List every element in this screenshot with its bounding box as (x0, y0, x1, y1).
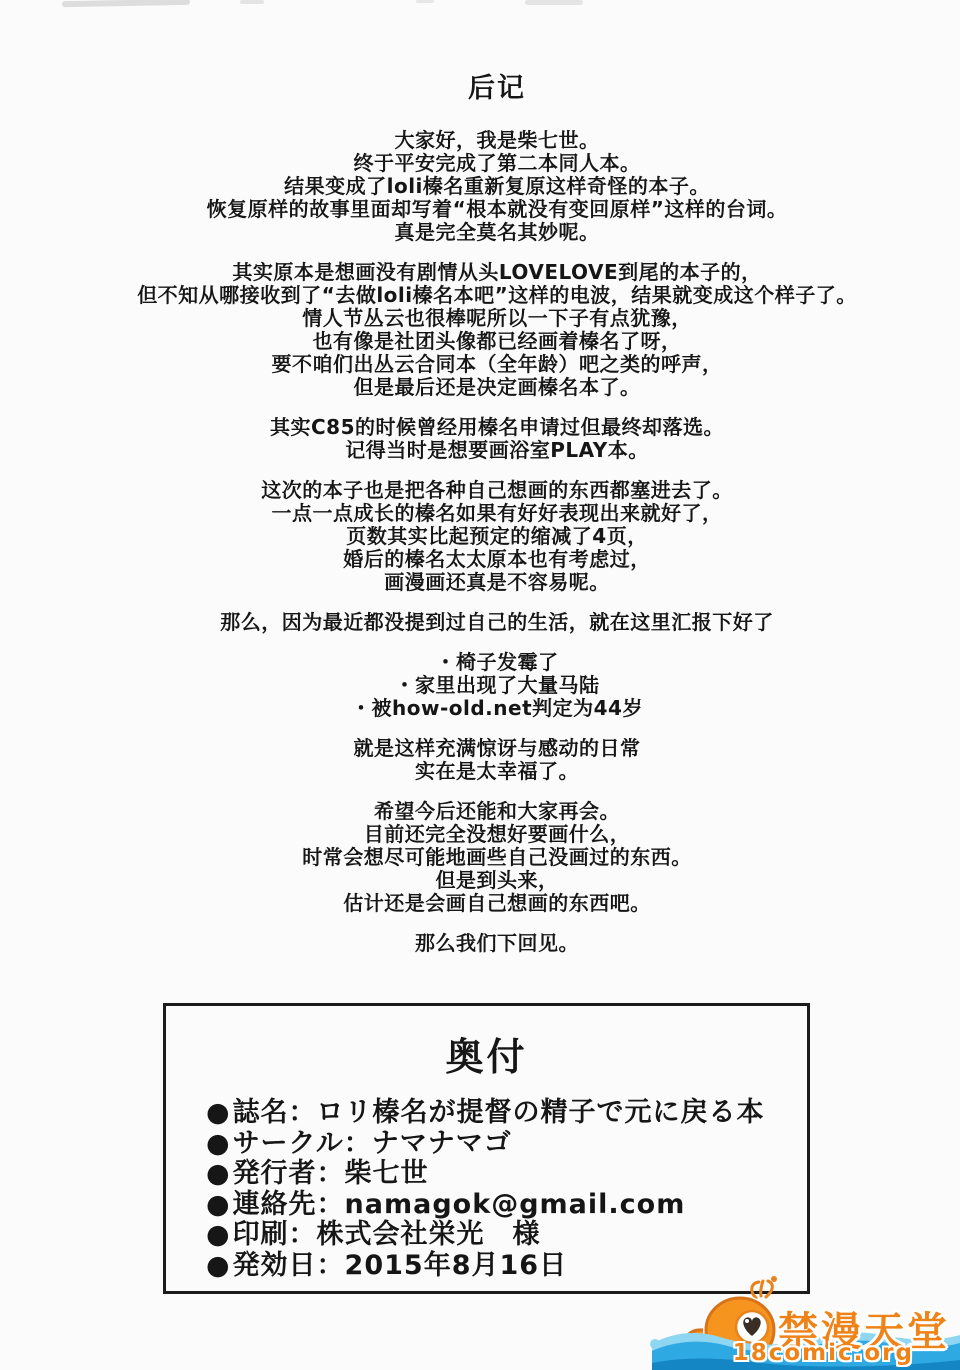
watermark-site-url: 18comic.org (733, 1340, 914, 1366)
text-line: 就是这样充满惊讶与感动的日常 (34, 737, 960, 760)
text-line: 但是到头来， (34, 869, 960, 892)
text-line: 也有像是社团头像都已经画着榛名了呀， (34, 330, 960, 353)
paragraph: 其实原本是想画没有剧情从头LOVELOVE到尾的本子的， 但不知从哪接收到了“去… (34, 261, 960, 399)
paragraph: 希望今后还能和大家再会。 目前还完全没想好要画什么， 时常会想尽可能地画些自己没… (34, 800, 960, 915)
text-line: 页数其实比起预定的缩减了4页， (34, 525, 960, 548)
bullet-icon: ● (206, 1158, 231, 1189)
colophon-row-text: 誌名：ロリ榛名が提督の精子で元に戻る本 (233, 1097, 765, 1128)
scan-artifact (240, 0, 264, 4)
paragraph: 这次的本子也是把各种自己想画的东西都塞进去了。 一点一点成长的榛名如果有好好表现… (34, 479, 960, 594)
bullet-icon: ● (206, 1189, 231, 1220)
text-line: 但不知从哪接收到了“去做loli榛名本吧”这样的电波，结果就变成这个样子了。 (34, 284, 960, 307)
paragraph: 那么，因为最近都没提到过自己的生活，就在这里汇报下好了 (34, 611, 960, 634)
text-line: 其实原本是想画没有剧情从头LOVELOVE到尾的本子的， (34, 261, 960, 284)
list-item: ・被how-old.net判定为44岁 (34, 697, 960, 720)
paragraph: 就是这样充满惊讶与感动的日常 实在是太幸福了。 (34, 737, 960, 783)
text-line: 目前还完全没想好要画什么， (34, 823, 960, 846)
text-line: 真是完全莫名其妙呢。 (34, 221, 960, 244)
text-line: 这次的本子也是把各种自己想画的东西都塞进去了。 (34, 479, 960, 502)
list-item: ・家里出现了大量马陆 (34, 674, 960, 697)
scan-artifact (525, 0, 583, 5)
text-line: 一点一点成长的榛名如果有好好表现出来就好了， (34, 502, 960, 525)
text-line: 画漫画还真是不容易呢。 (34, 571, 960, 594)
colophon-row-circle: ●サークル：ナマナマゴ (206, 1129, 807, 1160)
colophon-box: 奥付 ●誌名：ロリ榛名が提督の精子で元に戻る本 ●サークル：ナマナマゴ ●発行者… (163, 1003, 810, 1294)
colophon-row-text: サークル：ナマナマゴ (233, 1128, 512, 1159)
colophon-rows: ●誌名：ロリ榛名が提督の精子で元に戻る本 ●サークル：ナマナマゴ ●発行者：柴七… (166, 1098, 807, 1281)
colophon-row-publisher: ●発行者：柴七世 (206, 1159, 807, 1190)
text-line: 婚后的榛名太太原本也有考虑过， (34, 548, 960, 571)
text-line: 实在是太幸福了。 (34, 760, 960, 783)
text-line: 恢复原样的故事里面却写着“根本就没有变回原样”这样的台词。 (34, 198, 960, 221)
text-line: 情人节丛云也很棒呢所以一下子有点犹豫， (34, 307, 960, 330)
scan-artifact (62, 0, 190, 7)
text-line: 那么我们下回见。 (34, 932, 960, 955)
colophon-row-title: ●誌名：ロリ榛名が提督の精子で元に戻る本 (206, 1098, 807, 1129)
text-line: 估计还是会画自己想画的东西吧。 (34, 892, 960, 915)
colophon-row-text: 連絡先：namagok@gmail.com (233, 1189, 686, 1220)
paragraph: 其实C85的时候曾经用榛名申请过但最终却落选。 记得当时是想要画浴室PLAY本。 (34, 416, 960, 462)
text-line: 终于平安完成了第二本同人本。 (34, 152, 960, 175)
scan-artifact (416, 0, 434, 3)
colophon-row-contact: ●連絡先：namagok@gmail.com (206, 1190, 807, 1221)
list-item: ・椅子发霉了 (34, 651, 960, 674)
text-line: 那么，因为最近都没提到过自己的生活，就在这里汇报下好了 (34, 611, 960, 634)
colophon-title: 奥付 (166, 1026, 807, 1081)
afterword-page: 后记 大家好，我是柴七世。 终于平安完成了第二本同人本。 结果变成了loli榛名… (0, 0, 960, 1370)
text-line: 其实C85的时候曾经用榛名申请过但最终却落选。 (34, 416, 960, 439)
watermark-logo: 禁漫天堂 18comic.org (640, 1270, 960, 1370)
bullet-icon: ● (206, 1250, 231, 1281)
text-line: 但是最后还是决定画榛名本了。 (34, 376, 960, 399)
text-line: 结果变成了loli榛名重新复原这样奇怪的本子。 (34, 175, 960, 198)
closing-line: 那么我们下回见。 (34, 932, 960, 955)
text-line: 大家好，我是柴七世。 (34, 129, 960, 152)
bullet-icon: ● (206, 1128, 231, 1159)
paragraph: 大家好，我是柴七世。 终于平安完成了第二本同人本。 结果变成了loli榛名重新复… (34, 129, 960, 244)
text-line: 希望今后还能和大家再会。 (34, 800, 960, 823)
colophon-row-printer: ●印刷：株式会社栄光 様 (206, 1220, 807, 1251)
life-report-list: ・椅子发霉了 ・家里出现了大量马陆 ・被how-old.net判定为44岁 (34, 651, 960, 720)
bullet-icon: ● (206, 1219, 231, 1250)
afterword-text: 大家好，我是柴七世。 终于平安完成了第二本同人本。 结果变成了loli榛名重新复… (34, 129, 960, 972)
text-line: 记得当时是想要画浴室PLAY本。 (34, 439, 960, 462)
bullet-icon: ● (206, 1097, 231, 1128)
colophon-row-text: 印刷：株式会社栄光 様 (233, 1219, 541, 1250)
colophon-row-text: 発行者：柴七世 (233, 1158, 429, 1189)
text-line: 时常会想尽可能地画些自己没画过的东西。 (34, 846, 960, 869)
text-line: 要不咱们出丛云合同本（全年龄）吧之类的呼声， (34, 353, 960, 376)
colophon-row-text: 発効日：2015年8月16日 (233, 1250, 568, 1281)
page-title: 后记 (34, 66, 960, 105)
